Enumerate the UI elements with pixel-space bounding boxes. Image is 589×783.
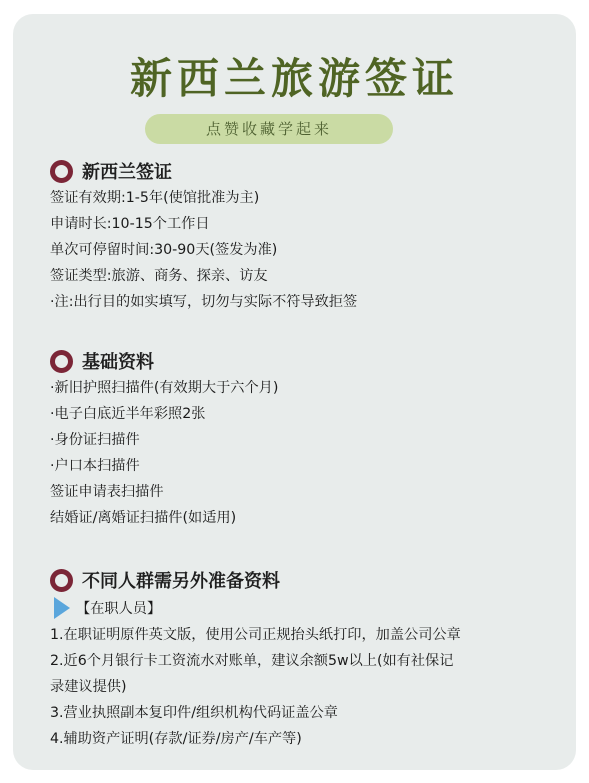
triangle-bullet-icon	[54, 597, 70, 619]
section-title: 新西兰签证	[82, 158, 172, 184]
ring-bullet-icon	[50, 350, 73, 373]
list-item: 录建议提供)	[50, 674, 461, 700]
list-item: 单次可停留时间:30-90天(签发为准)	[50, 237, 357, 263]
section-title: 不同人群需另外准备资料	[82, 567, 280, 593]
list-item: 4.辅助资产证明(存款/证券/房产/车产等)	[50, 726, 461, 752]
list-item: 签证类型:旅游、商务、探亲、访友	[50, 263, 357, 289]
list-item: ·注:出行目的如实填写，切勿与实际不符导致拒签	[50, 289, 357, 315]
list-item: 1.在职证明原件英文版，使用公司正规抬头纸打印，加盖公司公章	[50, 622, 461, 648]
list-item: ·新旧护照扫描件(有效期大于六个月)	[50, 375, 278, 401]
section-extra-docs: 不同人群需另外准备资料 【在职人员】 1.在职证明原件英文版，使用公司正规抬头纸…	[50, 566, 461, 752]
list-item: 3.营业执照副本复印件/组织机构代码证盖公章	[50, 700, 461, 726]
section-visa-info: 新西兰签证 签证有效期:1-5年(使馆批准为主) 申请时长:10-15个工作日 …	[50, 157, 357, 315]
ring-bullet-icon	[50, 160, 73, 183]
section-basic-docs: 基础资料 ·新旧护照扫描件(有效期大于六个月) ·电子白底近半年彩照2张 ·身份…	[50, 347, 278, 531]
subtitle-pill: 点赞收藏学起来	[145, 114, 393, 144]
list-item: ·身份证扫描件	[50, 427, 278, 453]
ring-bullet-icon	[50, 569, 73, 592]
section-title: 基础资料	[82, 348, 154, 374]
list-item: 2.近6个月银行卡工资流水对账单，建议余额5w以上(如有社保记	[50, 648, 461, 674]
list-item: 申请时长:10-15个工作日	[50, 211, 357, 237]
list-item: 签证有效期:1-5年(使馆批准为主)	[50, 185, 357, 211]
page-title: 新西兰旅游签证	[0, 46, 589, 106]
list-item: 结婚证/离婚证扫描件(如适用)	[50, 505, 278, 531]
list-item: 签证申请表扫描件	[50, 479, 278, 505]
list-item: ·电子白底近半年彩照2张	[50, 401, 278, 427]
list-item: ·户口本扫描件	[50, 453, 278, 479]
subheading-employed: 【在职人员】	[76, 598, 161, 618]
